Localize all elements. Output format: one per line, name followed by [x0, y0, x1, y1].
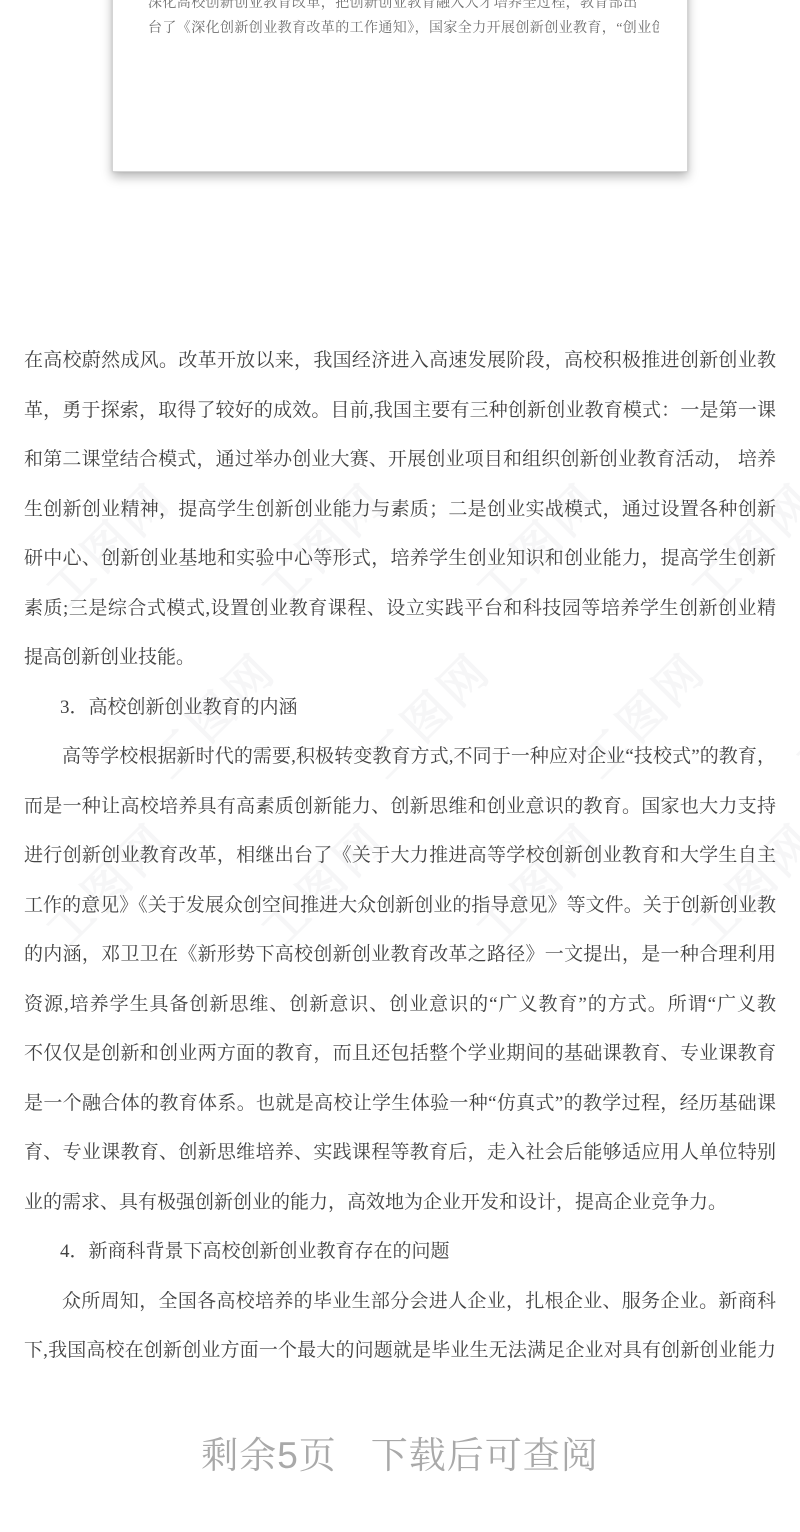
- remaining-pages-label: 剩余5页: [201, 1435, 337, 1476]
- text-line: 的内涵，邓卫卫在《新形势下高校创新创业教育改革之路径》一文提出，是一种合理利用高…: [24, 930, 776, 980]
- text-line: 育、专业课教育、创新思维培养、实践课程等教育后，走入社会后能够适应用人单位特别是…: [24, 1128, 776, 1178]
- text-line: 和第二课堂结合模式，通过举办创业大赛、开展创业项目和组织创新创业教育活动， 培养…: [24, 435, 776, 485]
- section-heading: 4．新商科背景下高校创新创业教育存在的问题: [24, 1227, 776, 1277]
- watermark-text: 工图网: [779, 636, 800, 791]
- document-body: 在高校蔚然成风。改革开放以来，我国经济进入高速发展阶段，高校积极推进创新创业教育…: [24, 336, 776, 1376]
- text-line: 进行创新创业教育改革，相继出台了《关于大力推进高等学校创新创业教育和大学生自主创…: [24, 831, 776, 881]
- text-line: 资源,培养学生具备创新思维、创新意识、创业意识的“广义教育”的方式。所谓“广义教…: [24, 980, 776, 1030]
- text-line: 业的需求、具有极强创新创业的能力，高效地为企业开发和设计，提高企业竞争力。: [24, 1178, 776, 1228]
- text-line: 素质;三是综合式模式,设置创业教育课程、设立实践平台和科技园等培养学生创新创业精…: [24, 584, 776, 634]
- text-line: 而是一种让高校培养具有高素质创新能力、创新思维和创业意识的教育。国家也大力支持高…: [24, 782, 776, 832]
- download-hint-label: 下载后可查阅: [371, 1435, 599, 1476]
- text-line: 工作的意见》《关于发展众创空间推进大众创新创业的指导意见》等文件。关于创新创业教…: [24, 881, 776, 931]
- text-line: 是一个融合体的教育体系。也就是高校让学生体验一种“仿真式”的教学过程，经历基础课…: [24, 1079, 776, 1129]
- text-line: 提高创新创业技能。: [24, 633, 776, 683]
- text-line: 革，勇于探索，取得了较好的成效。目前,我国主要有三种创新创业教育模式：一是第一课…: [24, 386, 776, 436]
- page-text: 台了《深化创新创业教育改革的工作通知》，国家全力开展创新创业教育，“创业创新行动…: [148, 17, 659, 37]
- section-heading: 3．高校创新创业教育的内涵: [24, 683, 776, 733]
- text-line: 高等学校根据新时代的需要,积极转变教育方式,不同于一种应对企业“技校式”的教育，: [24, 732, 776, 782]
- text-line: 在高校蔚然成风。改革开放以来，我国经济进入高速发展阶段，高校积极推进创新创业教育…: [24, 336, 776, 386]
- download-hint-bar: 剩余5页下载后可查阅: [0, 1425, 800, 1479]
- text-line: 众所周知，全国各高校培养的毕业生部分会进人企业，扎根企业、服务企业。新商科背景: [24, 1277, 776, 1327]
- text-line: 研中心、创新创业基地和实验中心等形式，培养学生创业知识和创业能力，提高学生创新创…: [24, 534, 776, 584]
- text-line: 生创新创业精神，提高学生创新创业能力与素质；二是创业实战模式，通过设置各种创新创…: [24, 485, 776, 535]
- text-line: 下,我国高校在创新创业方面一个最大的问题就是毕业生无法满足企业对具有创新创业能力…: [24, 1326, 776, 1376]
- document-page-preview: 深化高校创新创业教育改革，把创新创业教育融入人才培养全过程，教育部出 台了《深化…: [112, 0, 688, 172]
- text-line: 不仅仅是创新和创业两方面的教育，而且还包括整个学业期间的基础课教育、专业课教育等…: [24, 1029, 776, 1079]
- page-text-clipped: 深化高校创新创业教育改革，把创新创业教育融入人才培养全过程，教育部出: [148, 0, 659, 12]
- document-preview-page: 深化高校创新创业教育改革，把创新创业教育融入人才培养全过程，教育部出 台了《深化…: [0, 0, 800, 1532]
